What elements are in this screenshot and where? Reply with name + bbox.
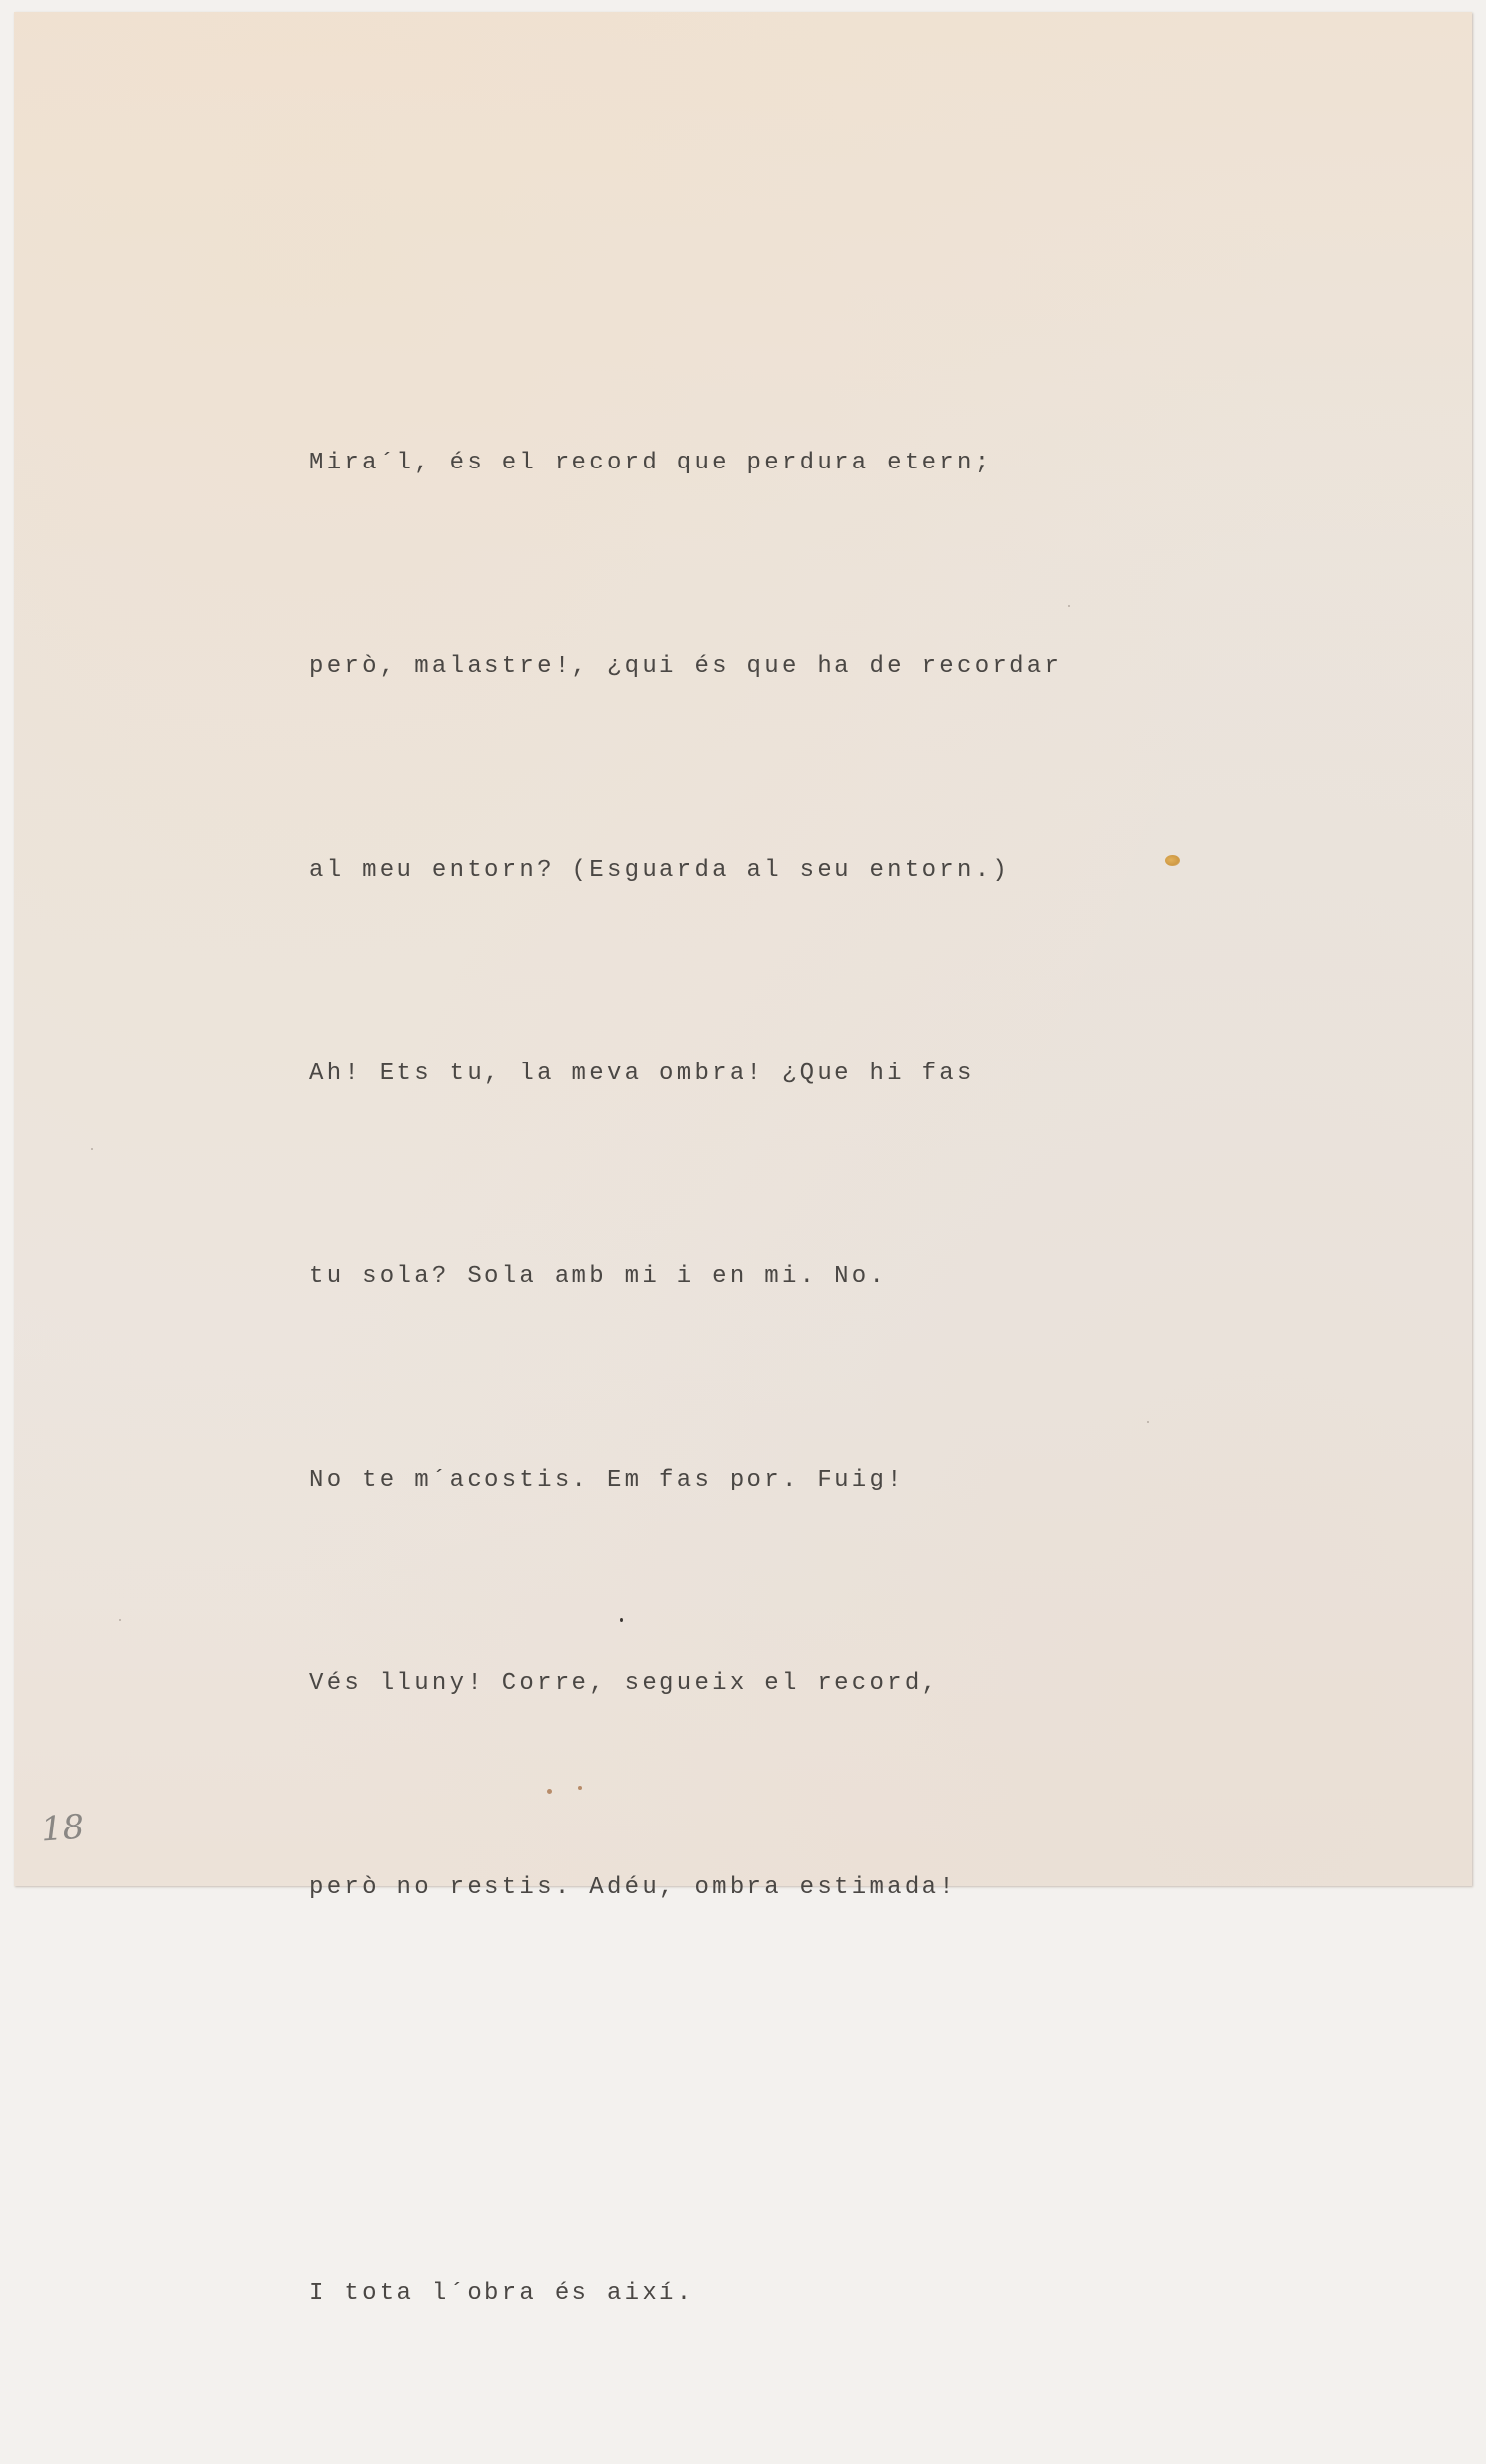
handwritten-page-number: 18: [41, 1808, 86, 1850]
typewritten-text-block: Mira´l, és el record que perdura etern; …: [309, 295, 1062, 1898]
verse-line-6: No te m´acostis. Em fas por. Fuig!: [309, 1447, 1062, 1515]
paper-speck: [1068, 605, 1070, 607]
verse-line-4: Ah! Ets tu, la meva ombra! ¿Que hi fas: [309, 1041, 1062, 1109]
verse-line-7: Vés lluny! Corre, segueix el record,: [309, 1651, 1062, 1719]
amber-stain: [1165, 855, 1180, 866]
verse-line-5: tu sola? Sola amb mi i en mi. No.: [309, 1243, 1062, 1312]
paper-speck: [1147, 1421, 1149, 1423]
paper-speck: [119, 1619, 121, 1621]
verse-line-3: al meu entorn? (Esguarda al seu entorn.): [309, 837, 1062, 905]
foxing-spot: [578, 1786, 582, 1790]
verse-line-8: però no restis. Adéu, ombra estimada!: [309, 1854, 1062, 1898]
paper-speck: [91, 1148, 93, 1150]
verse-line-2: però, malastre!, ¿qui és que ha de recor…: [309, 634, 1062, 702]
ink-speck: [620, 1618, 623, 1622]
foxing-spot: [547, 1789, 552, 1794]
verse-line-1: Mira´l, és el record que perdura etern;: [309, 430, 1062, 498]
manuscript-page: Mira´l, és el record que perdura etern; …: [14, 12, 1472, 1886]
